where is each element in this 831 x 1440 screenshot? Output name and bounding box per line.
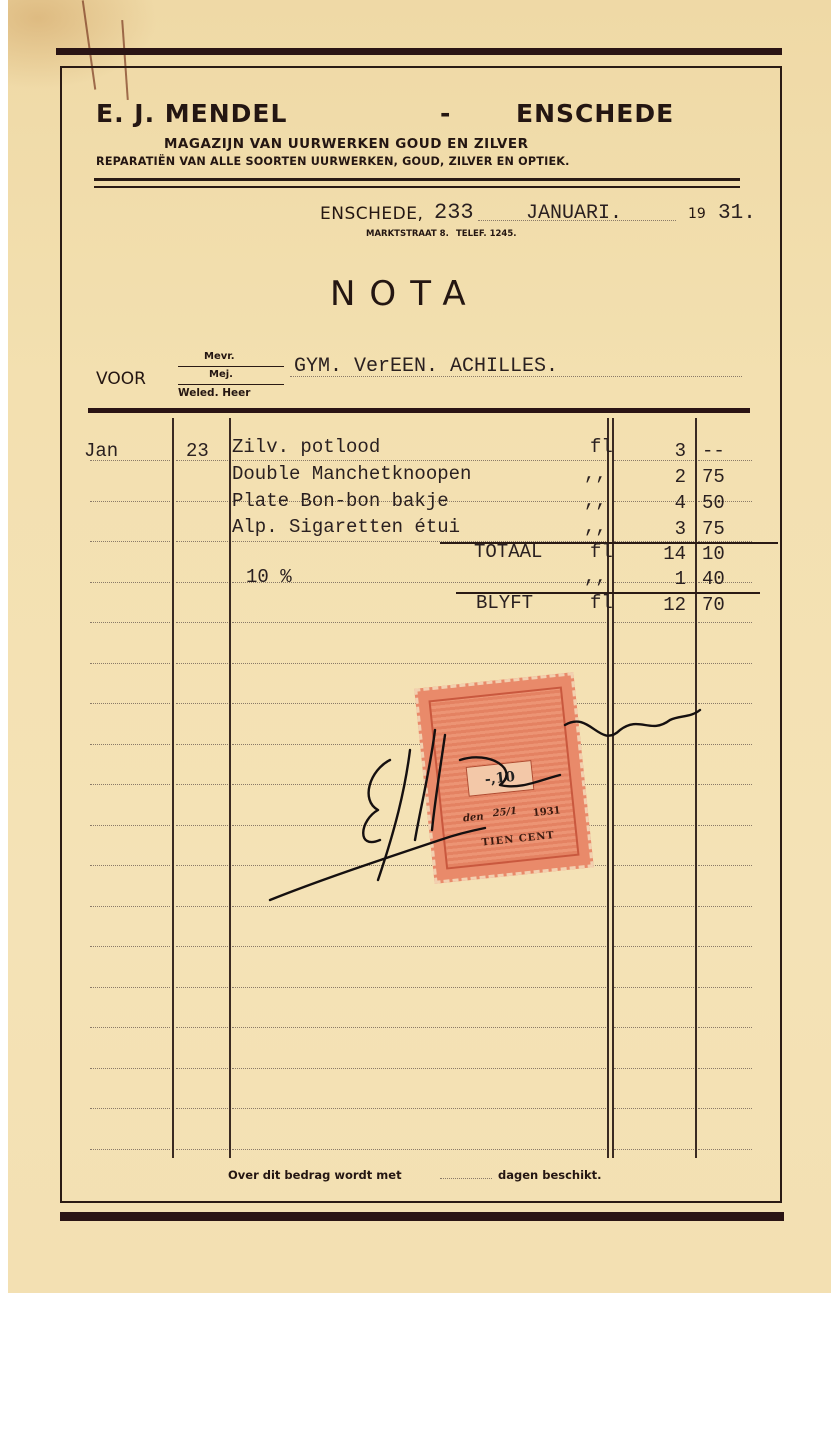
dotted-rule [614, 1149, 694, 1150]
document-title: NOTA [330, 274, 480, 314]
company-tagline: MAGAZIJN VAN UURWERKEN GOUD EN ZILVER [164, 136, 529, 152]
dotted-rule [90, 1027, 170, 1028]
item-cents: 50 [702, 492, 725, 514]
salutation-rule [178, 384, 284, 385]
dotted-rule [614, 1027, 694, 1028]
item-description: Zilv. potlood [232, 436, 380, 458]
item-description: Double Manchetknoopen [232, 463, 471, 485]
item-description: Alp. Sigaretten étui [232, 516, 460, 538]
balance-guilders: 12 [620, 594, 686, 616]
dotted-rule [698, 1149, 752, 1150]
shop-phone: TELEF. 1245. [456, 229, 516, 239]
dotted-rule [90, 541, 170, 542]
dotted-rule [232, 946, 606, 947]
discount-cents: 40 [702, 568, 725, 590]
letterhead-rule [94, 178, 740, 181]
dotted-rule [90, 946, 170, 947]
footer-days-blank [440, 1178, 492, 1179]
dotted-rule [698, 1068, 752, 1069]
dotted-rule [176, 582, 228, 583]
recipient-name: GYM. VerEEN. ACHILLES. [294, 355, 558, 378]
dotted-rule [90, 1149, 170, 1150]
column-divider [172, 418, 174, 1158]
dotted-rule [232, 1149, 606, 1150]
table-header-rule [88, 408, 750, 413]
item-guilders: 3 [620, 440, 686, 462]
dotted-rule [90, 825, 170, 826]
item-currency: fl [590, 436, 613, 458]
discount-label: 10 % [246, 566, 292, 588]
dotted-rule [614, 622, 694, 623]
date-year: 31. [718, 202, 756, 225]
entry-month: Jan [84, 440, 118, 462]
item-guilders: 4 [620, 492, 686, 514]
dotted-rule [90, 1068, 170, 1069]
dotted-rule [614, 663, 694, 664]
date-place: ENSCHEDE, [320, 204, 423, 224]
total-currency: fl [590, 541, 613, 563]
company-city: ENSCHEDE [516, 99, 674, 128]
dotted-rule [90, 784, 170, 785]
dotted-rule [232, 1068, 606, 1069]
total-cents: 10 [702, 543, 725, 565]
date-month: JANUARI. [526, 202, 622, 225]
dotted-rule [176, 946, 228, 947]
item-guilders: 3 [620, 518, 686, 540]
dotted-rule [698, 987, 752, 988]
dotted-rule [176, 1027, 228, 1028]
dotted-rule [698, 663, 752, 664]
balance-cents: 70 [702, 594, 725, 616]
date-day: 233 [434, 200, 474, 225]
dotted-rule [176, 1068, 228, 1069]
date-dotted-line [478, 220, 676, 221]
dotted-rule [232, 987, 606, 988]
dotted-rule [176, 987, 228, 988]
company-services: REPARATIËN VAN ALLE SOORTEN UURWERKEN, G… [96, 155, 570, 168]
total-label: TOTAAL [474, 541, 542, 563]
footer-text-before: Over dit bedrag wordt met [228, 1168, 402, 1182]
dotted-rule [698, 946, 752, 947]
dotted-rule [176, 501, 228, 502]
item-guilders: 2 [620, 466, 686, 488]
dotted-rule [90, 622, 170, 623]
dotted-rule [232, 1027, 606, 1028]
dotted-rule [614, 946, 694, 947]
item-cents: 75 [702, 466, 725, 488]
dotted-rule [232, 1108, 606, 1109]
footer-text-after: dagen beschikt. [498, 1168, 602, 1182]
dotted-rule [176, 906, 228, 907]
item-cents: -- [702, 440, 725, 462]
dotted-rule [90, 663, 170, 664]
salutation-mej: Mej. [209, 369, 233, 380]
discount-guilders: 1 [620, 568, 686, 590]
salutation-rule [178, 366, 284, 367]
discount-currency: ,, [584, 566, 607, 588]
dotted-rule [176, 703, 228, 704]
dotted-rule [90, 906, 170, 907]
dotted-rule [176, 541, 228, 542]
item-currency: ,, [584, 463, 607, 485]
balance-currency: fl [590, 592, 613, 614]
balance-label: BLYFT [476, 592, 533, 614]
dotted-rule [698, 622, 752, 623]
dotted-rule [176, 1149, 228, 1150]
dotted-rule [90, 744, 170, 745]
dotted-rule [614, 1068, 694, 1069]
letterhead-rule [94, 186, 740, 188]
dotted-rule [698, 1027, 752, 1028]
entry-day: 23 [186, 440, 209, 462]
dotted-rule [90, 703, 170, 704]
dotted-rule [176, 622, 228, 623]
company-name: E. J. MENDEL [96, 99, 287, 128]
dotted-rule [176, 825, 228, 826]
dotted-rule [176, 1108, 228, 1109]
shop-address: MARKTSTRAAT 8. [366, 229, 449, 239]
item-cents: 75 [702, 518, 725, 540]
date-century: 19 [688, 206, 706, 222]
column-divider [229, 418, 231, 1158]
dotted-rule [90, 865, 170, 866]
dotted-rule [90, 1108, 170, 1109]
dotted-rule [614, 1108, 694, 1109]
handwritten-signature [260, 690, 720, 920]
dotted-rule [176, 663, 228, 664]
dotted-rule [698, 1108, 752, 1109]
dotted-rule [90, 501, 170, 502]
item-description: Plate Bon-bon bakje [232, 490, 449, 512]
dotted-rule [176, 865, 228, 866]
voor-label: VOOR [96, 369, 146, 389]
recipient-dotted-line [290, 376, 742, 377]
bottom-rule [60, 1212, 784, 1221]
dotted-rule [176, 744, 228, 745]
dotted-rule [614, 987, 694, 988]
dotted-rule [90, 987, 170, 988]
total-guilders: 14 [620, 543, 686, 565]
dotted-rule [232, 622, 606, 623]
top-rule [56, 48, 782, 55]
dotted-rule [232, 460, 606, 461]
dotted-rule [90, 582, 170, 583]
item-currency: ,, [584, 516, 607, 538]
salutation-mevr: Mevr. [204, 351, 235, 362]
item-currency: ,, [584, 490, 607, 512]
dotted-rule [176, 784, 228, 785]
dotted-rule [232, 663, 606, 664]
salutation-weled-heer: Weled. Heer [178, 387, 250, 399]
letterhead-separator: - [440, 99, 451, 128]
